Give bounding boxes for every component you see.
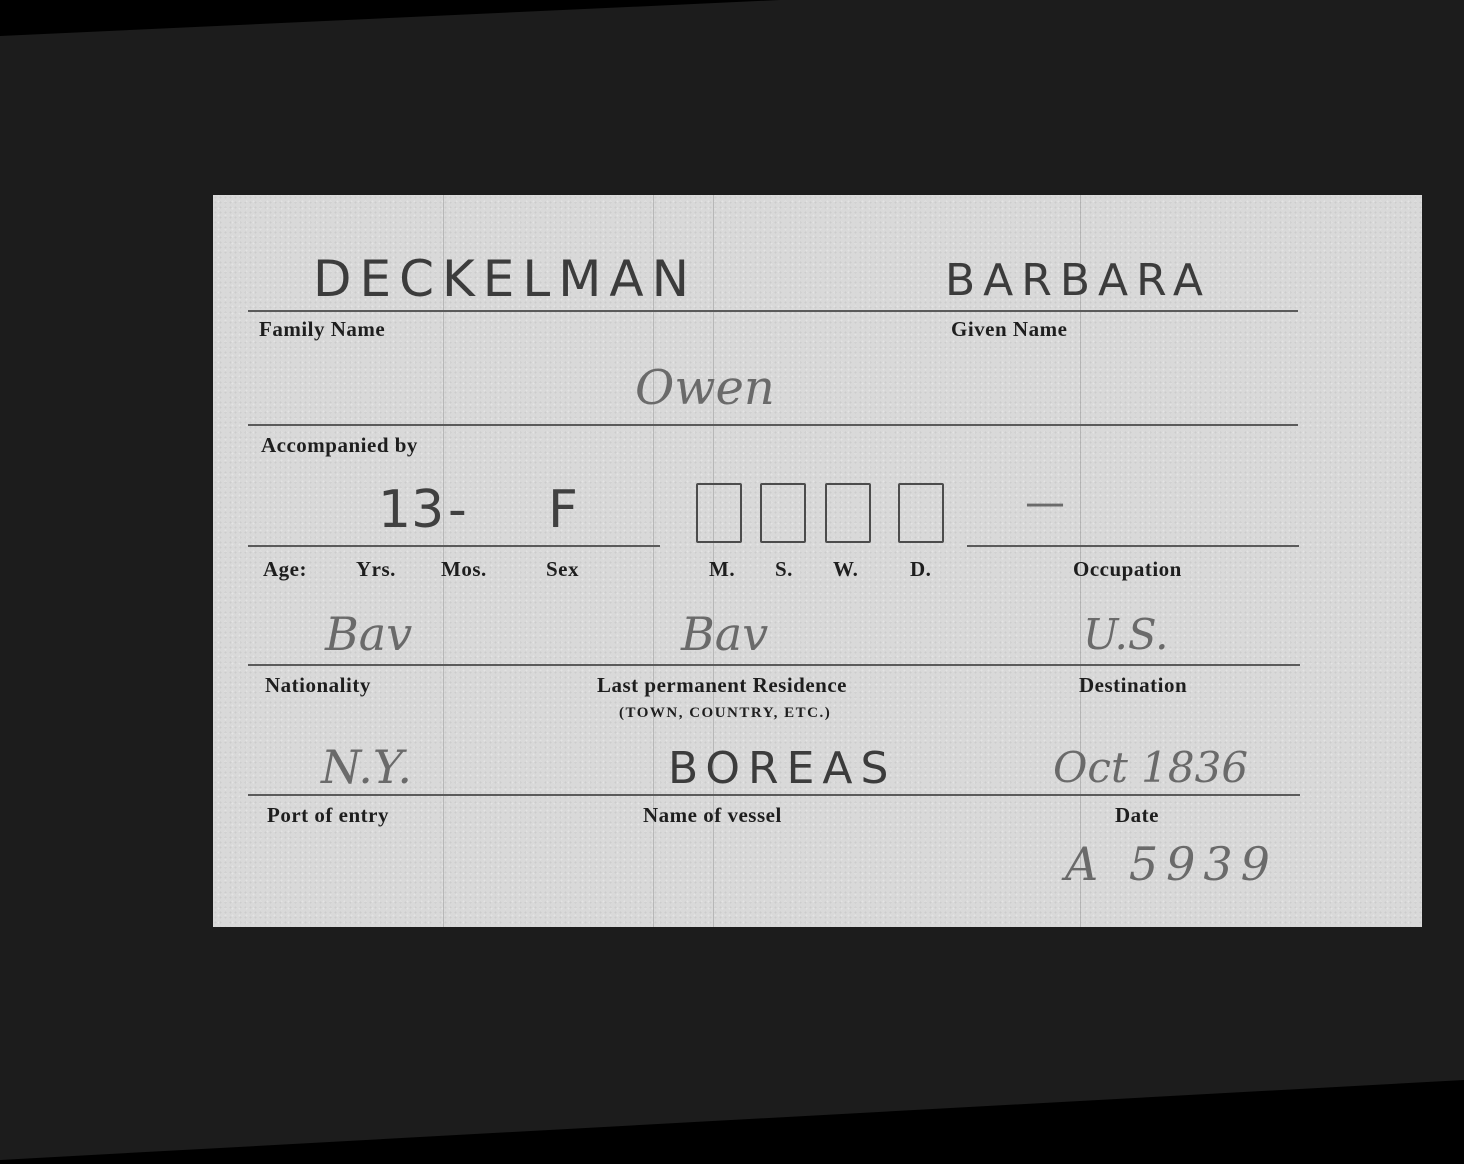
immigration-index-card: DECKELMAN BARBARA Family Name Given Name… — [213, 195, 1422, 927]
port-of-entry-value: N.Y. — [321, 740, 412, 794]
marital-d-label: D. — [910, 557, 931, 582]
film-edge-bottom — [0, 1080, 1464, 1164]
age-sex-rule — [248, 545, 660, 547]
age-months-label: Mos. — [441, 557, 487, 582]
sex-label: Sex — [546, 557, 579, 582]
film-edge-top — [0, 0, 1464, 40]
date-value: Oct 1836 — [1053, 743, 1248, 792]
destination-value: U.S. — [1083, 610, 1169, 659]
age-years-value: 13 — [378, 480, 444, 540]
nationality-label: Nationality — [265, 673, 371, 698]
age-label: Age: — [263, 557, 307, 582]
given-name-value: BARBARA — [945, 255, 1211, 306]
occupation-value: — — [1025, 480, 1065, 526]
sex-value: F — [548, 480, 578, 540]
accompanied-by-value: Owen — [635, 360, 775, 416]
port-rule — [248, 794, 1300, 796]
occupation-label: Occupation — [1073, 557, 1182, 582]
nationality-rule — [248, 664, 1300, 666]
marital-divorced-checkbox[interactable] — [898, 483, 944, 543]
port-of-entry-label: Port of entry — [267, 803, 389, 828]
family-name-value: DECKELMAN — [313, 250, 697, 308]
names-rule — [248, 310, 1298, 312]
last-residence-sublabel: (TOWN, COUNTRY, ETC.) — [619, 705, 831, 722]
age-years-label: Yrs. — [356, 557, 396, 582]
last-residence-value: Bav — [681, 607, 768, 661]
marital-single-checkbox[interactable] — [760, 483, 806, 543]
vessel-label: Name of vessel — [643, 803, 782, 828]
marital-m-label: M. — [709, 557, 735, 582]
destination-label: Destination — [1079, 673, 1187, 698]
age-dash: - — [448, 480, 467, 540]
marital-w-label: W. — [833, 557, 858, 582]
family-name-label: Family Name — [259, 317, 385, 342]
accompanied-by-label: Accompanied by — [261, 433, 418, 458]
reference-number: A 5939 — [1065, 837, 1278, 891]
given-name-label: Given Name — [951, 317, 1067, 342]
nationality-value: Bav — [325, 607, 412, 661]
marital-s-label: S. — [775, 557, 793, 582]
accompanied-rule — [248, 424, 1298, 426]
marital-widowed-checkbox[interactable] — [825, 483, 871, 543]
occupation-rule — [967, 545, 1299, 547]
last-residence-label: Last permanent Residence — [597, 673, 847, 698]
date-label: Date — [1115, 803, 1159, 828]
marital-married-checkbox[interactable] — [696, 483, 742, 543]
vessel-value: BOREAS — [668, 743, 896, 794]
